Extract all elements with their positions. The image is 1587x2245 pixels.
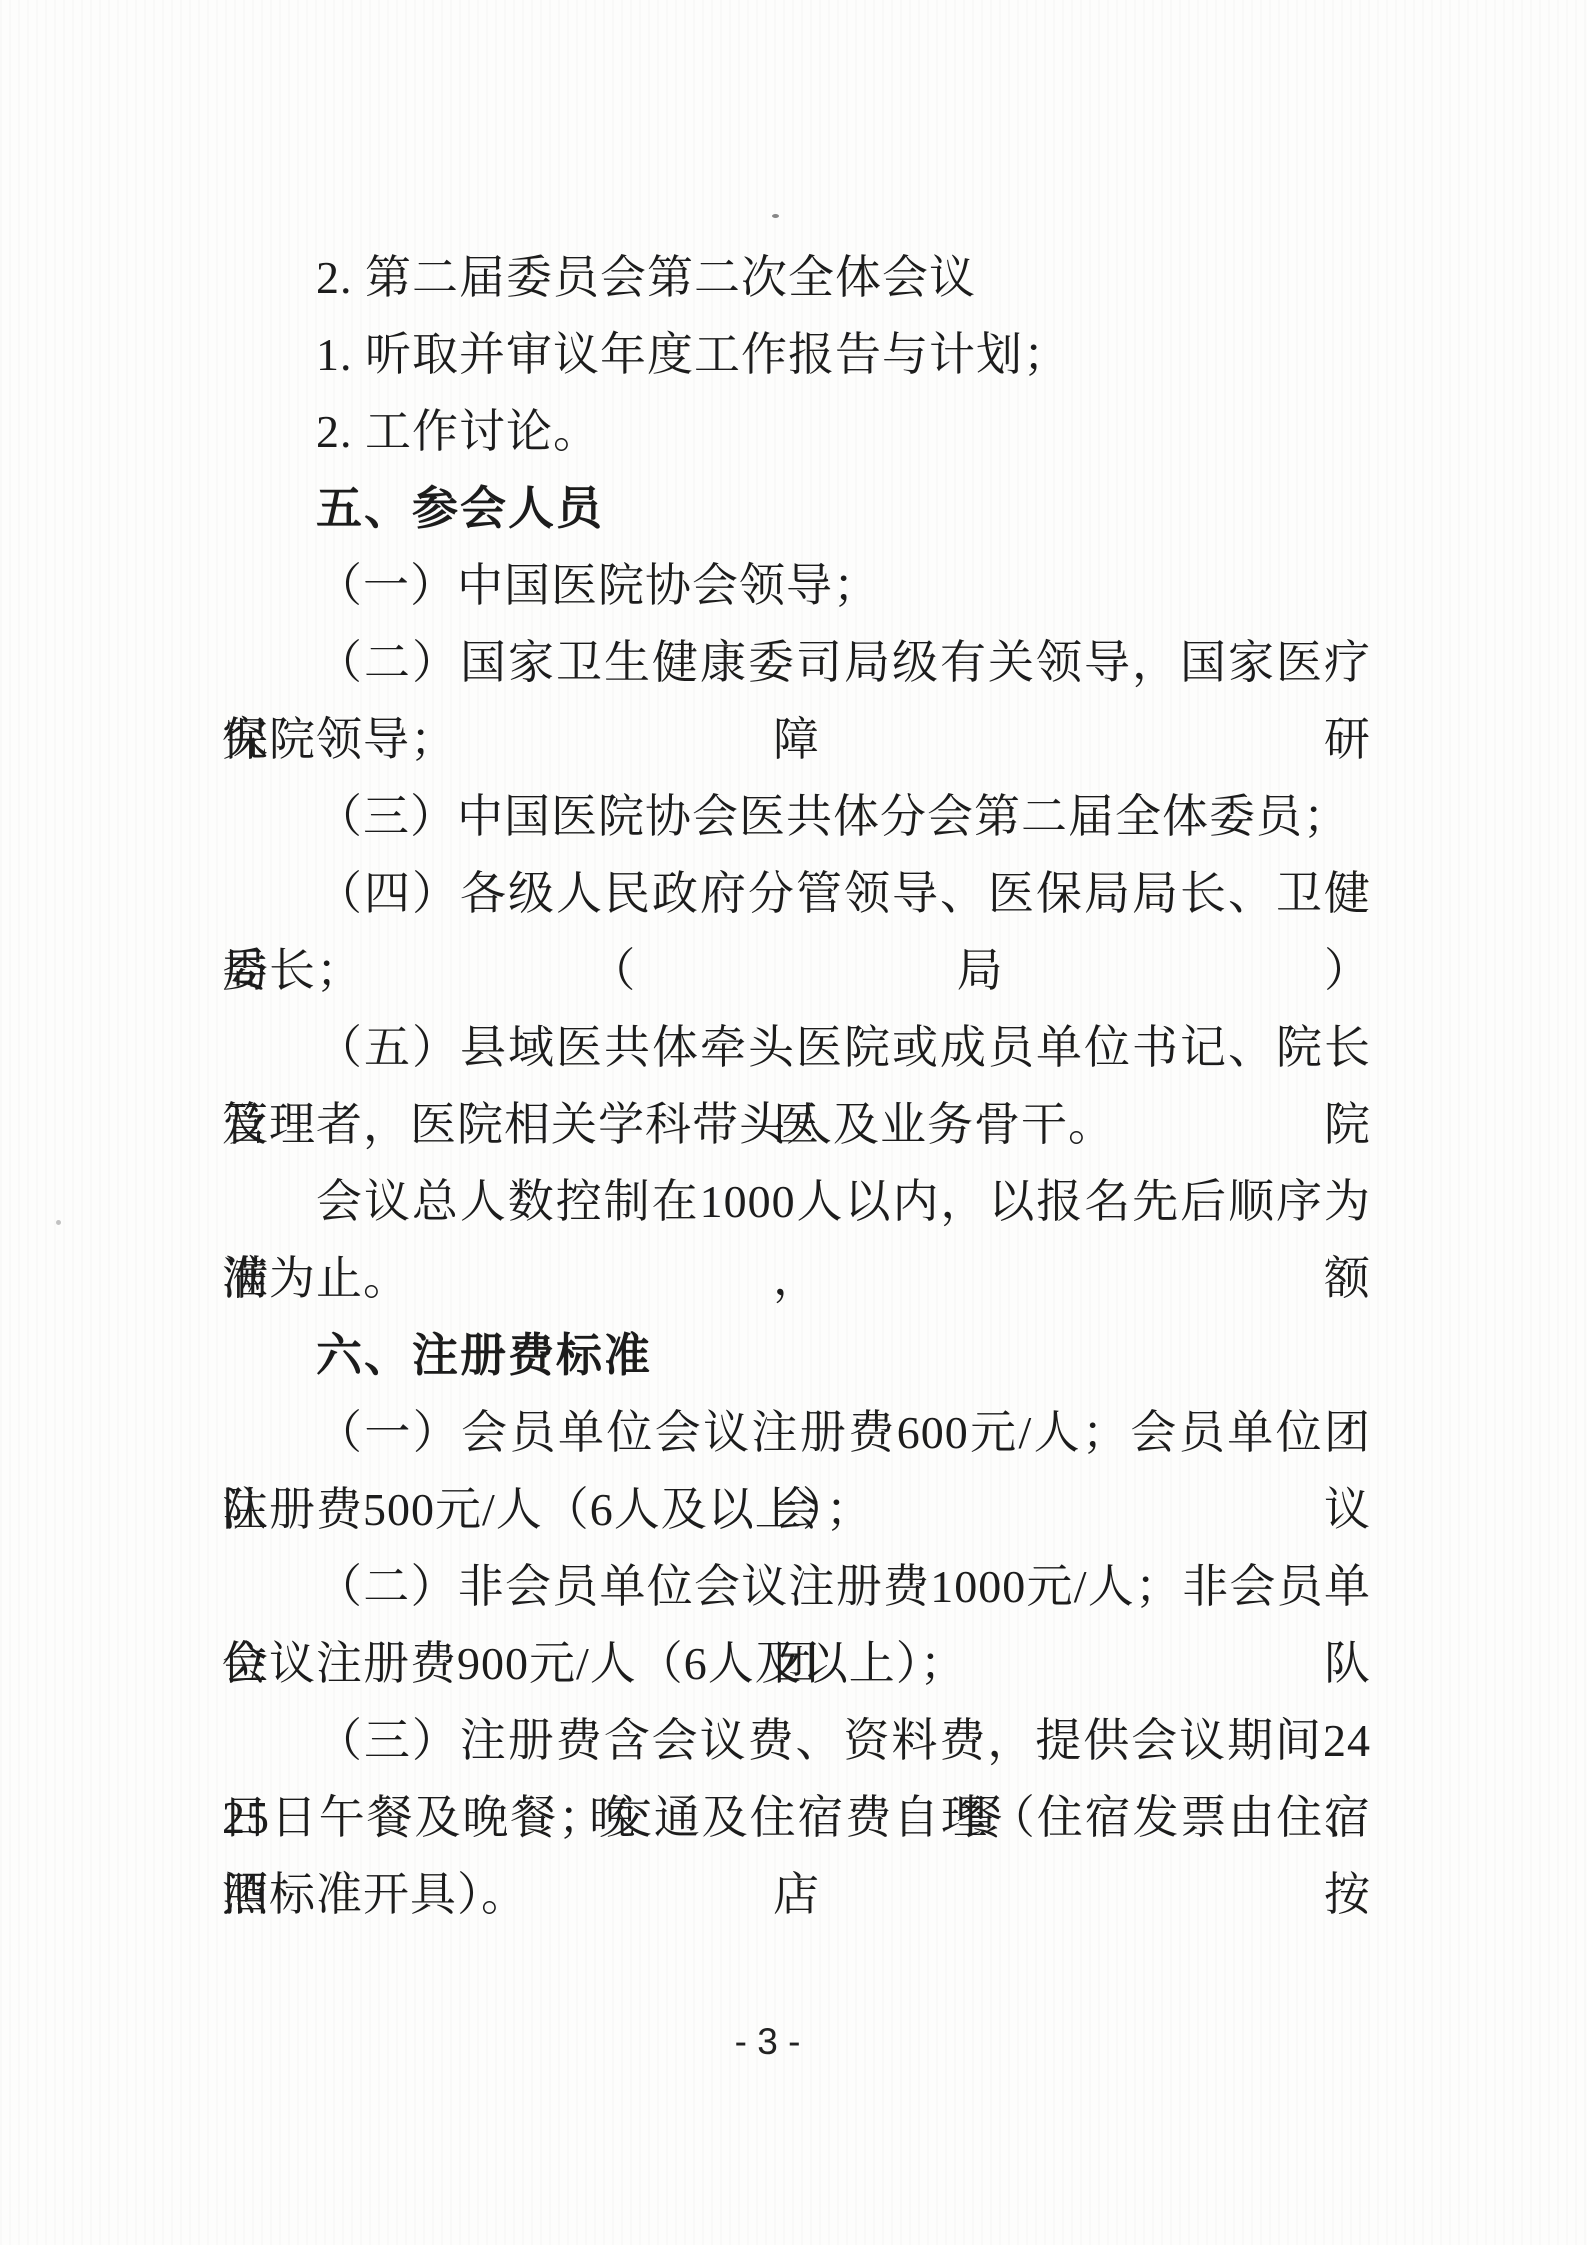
text-line: 2. 工作讨论。 [222,393,1371,470]
text-line: 会议总人数控制在1000人以内，以报名先后顺序为准，额 [222,1163,1371,1240]
text-line: （一）会员单位会议注册费600元/人；会员单位团队会议 [222,1394,1371,1471]
scan-speck [772,214,779,218]
text-line: 2. 第二届委员会第二次全体会议 [222,239,1371,316]
text-line: （四）各级人民政府分管领导、医保局局长、卫健委（局） [222,855,1371,932]
text-line: （一）中国医院协会领导； [222,547,1371,624]
section-heading: 五、参会人员 [222,470,1371,547]
document-body: 2. 第二届委员会第二次全体会议1. 听取并审议年度工作报告与计划；2. 工作讨… [222,239,1371,1933]
page-number: - 3 - [0,2018,1561,2066]
text-line: 25日午餐及晚餐；交通及住宿费自理（住宿发票由住宿酒店按 [222,1779,1371,1856]
text-line: （三）中国医院协会医共体分会第二届全体委员； [222,778,1371,855]
text-line: （二）非会员单位会议注册费1000元/人；非会员单位团队 [222,1548,1371,1625]
section-heading: 六、注册费标准 [222,1317,1371,1394]
scan-speck [56,1220,61,1225]
scanned-document-page: 2. 第二届委员会第二次全体会议1. 听取并审议年度工作报告与计划；2. 工作讨… [0,0,1587,2245]
text-line: （三）注册费含会议费、资料费，提供会议期间24日晚餐、 [222,1702,1371,1779]
text-line: （五）县域医共体牵头医院或成员单位书记、院长及医院 [222,1009,1371,1086]
text-line: 1. 听取并审议年度工作报告与计划； [222,316,1371,393]
text-line: （二）国家卫生健康委司局级有关领导，国家医疗保障研 [222,624,1371,701]
